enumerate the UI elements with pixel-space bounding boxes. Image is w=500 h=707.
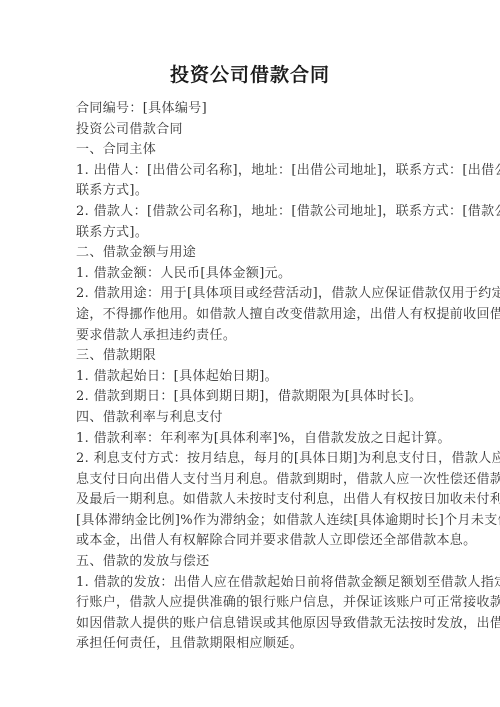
- text-line: 息支付日向出借人支付当月利息。借款到期时，借款人应一次性偿还借款本金: [76, 470, 425, 491]
- text-line: 2. 借款用途：用于[具体项目或经营活动]，借款人应保证借款仅用于约定用: [76, 284, 425, 305]
- text-line: 如因借款人提供的账户信息错误或其他原因导致借款无法按时发放，出借人不: [76, 614, 425, 635]
- section-heading-parties: 一、合同主体: [76, 140, 425, 161]
- text-line: 承担任何责任，且借款期限相应顺延。: [76, 634, 425, 655]
- text-line: [具体滞纳金比例]%作为滞纳金；如借款人连续[具体逾期时长]个月未支付利息: [76, 511, 425, 532]
- text-line: 1. 借款的发放：出借人应在借款起始日前将借款金额足额划至借款人指定的银: [76, 573, 425, 594]
- text-line: 及最后一期利息。如借款人未按时支付利息，出借人有权按日加收未付利息的: [76, 490, 425, 511]
- text-line: 行账户，借款人应提供准确的银行账户信息，并保证该账户可正常接收款项。: [76, 593, 425, 614]
- document-page: 投资公司借款合同 合同编号：[具体编号] 投资公司借款合同 一、合同主体 1. …: [0, 0, 500, 707]
- contract-number: 合同编号：[具体编号]: [76, 99, 425, 120]
- text-line: 2. 借款人：[借款公司名称]，地址：[借款公司地址]，联系方式：[借款公司: [76, 202, 425, 223]
- text-line: 途，不得挪作他用。如借款人擅自改变借款用途，出借人有权提前收回借款并: [76, 305, 425, 326]
- document-title: 投资公司借款合同: [0, 60, 500, 87]
- text-line: 1. 借款利率：年利率为[具体利率]%，自借款发放之日起计算。: [76, 429, 425, 450]
- contract-name: 投资公司借款合同: [76, 120, 425, 141]
- text-line: 要求借款人承担违约责任。: [76, 326, 425, 347]
- section-heading-amount: 二、借款金额与用途: [76, 243, 425, 264]
- text-line: 或本金，出借人有权解除合同并要求借款人立即偿还全部借款本息。: [76, 531, 425, 552]
- text-line: 1. 借款金额：人民币[具体金额]元。: [76, 264, 425, 285]
- text-line: 2. 利息支付方式：按月结息，每月的[具体日期]为利息支付日，借款人应于利: [76, 449, 425, 470]
- section-heading-interest: 四、借款利率与利息支付: [76, 408, 425, 429]
- section-heading-term: 三、借款期限: [76, 346, 425, 367]
- text-line: 1. 出借人：[出借公司名称]，地址：[出借公司地址]，联系方式：[出借公司: [76, 161, 425, 182]
- text-line: 1. 借款起始日：[具体起始日期]。: [76, 367, 425, 388]
- document-body: 合同编号：[具体编号] 投资公司借款合同 一、合同主体 1. 出借人：[出借公司…: [76, 99, 425, 655]
- text-line: 联系方式]。: [76, 181, 425, 202]
- text-line: 联系方式]。: [76, 223, 425, 244]
- text-line: 2. 借款到期日：[具体到期日期]，借款期限为[具体时长]。: [76, 387, 425, 408]
- section-heading-disbursement: 五、借款的发放与偿还: [76, 552, 425, 573]
